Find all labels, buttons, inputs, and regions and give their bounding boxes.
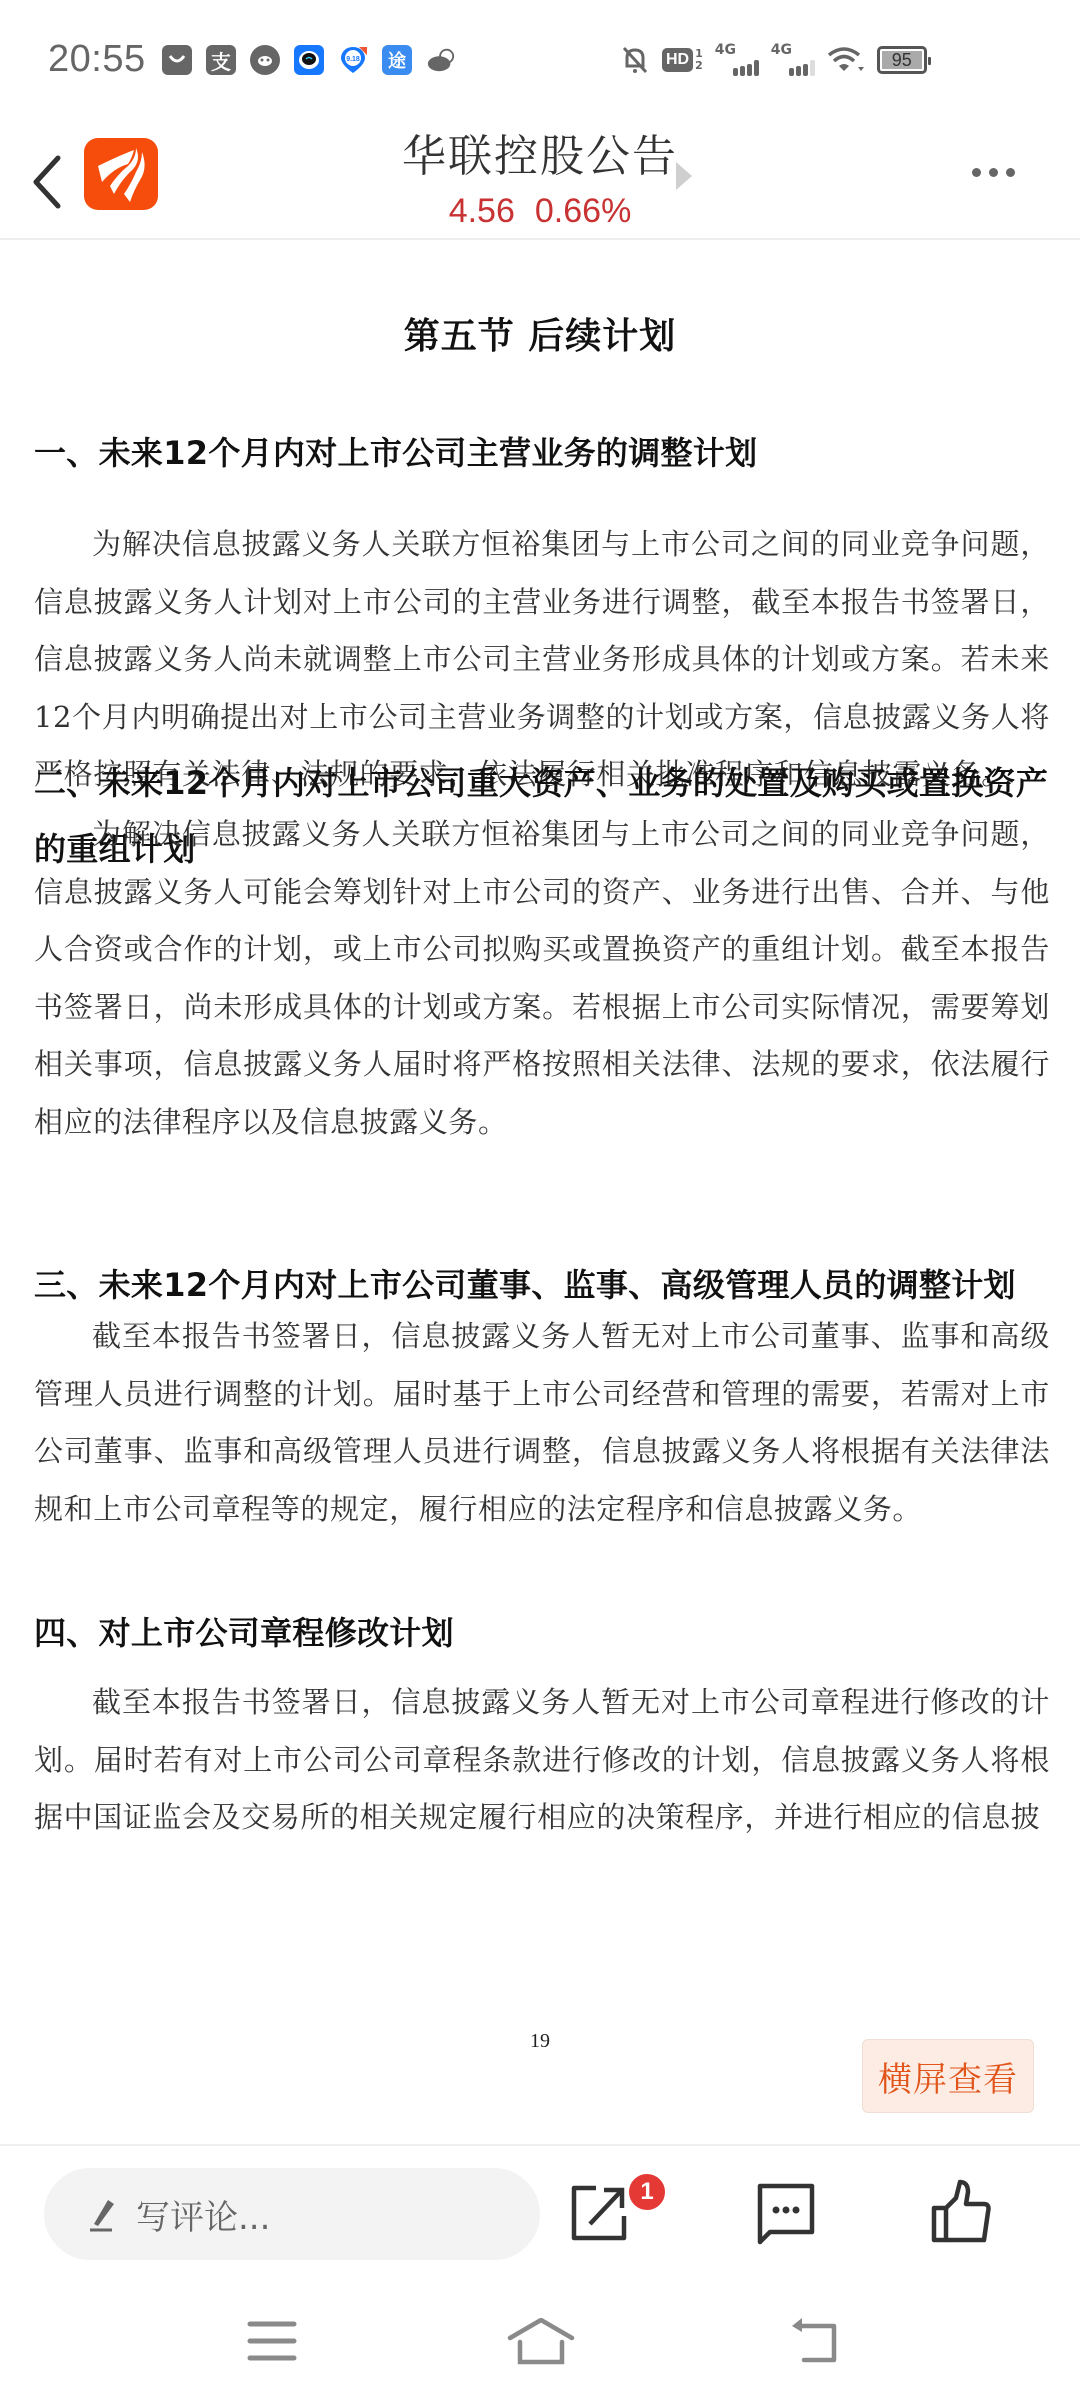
svg-text:9.18: 9.18	[346, 56, 360, 63]
section-title: 第五节 后续计划	[0, 308, 1080, 359]
title-block: 华联控股公告 4.560.66%	[300, 120, 780, 231]
nav-home-button[interactable]	[506, 2318, 576, 2366]
mute-bell-icon	[620, 44, 650, 76]
bottom-action-bar: 写评论... 1	[0, 2144, 1080, 2264]
section-body-2: 为解决信息披露义务人关联方恒裕集团与上市公司之间的同业竞争问题，信息披露义务人可…	[34, 806, 1050, 1151]
alipay-icon: 支	[206, 45, 236, 75]
comment-placeholder: 写评论...	[136, 2190, 270, 2239]
section-heading-1: 一、未来12个月内对上市公司主营业务的调整计划	[34, 420, 1054, 486]
announcement-document[interactable]: 第五节 后续计划 一、未来12个月内对上市公司主营业务的调整计划 为解决信息披露…	[0, 242, 1080, 2132]
nav-menu-button[interactable]	[244, 2318, 304, 2366]
back-button[interactable]	[22, 144, 72, 214]
share-icon	[566, 2176, 636, 2246]
app-logo[interactable]	[84, 138, 158, 210]
chevron-left-icon	[22, 144, 72, 214]
system-icons: HD 12 4G 4G 95	[620, 44, 927, 76]
back-arrow-icon	[788, 2318, 848, 2366]
thumbs-up-icon	[926, 2176, 996, 2246]
section-body-3: 截至本报告书签署日，信息披露义务人暂无对上市公司董事、监事和高级管理人员进行调整…	[34, 1308, 1050, 1538]
system-nav-bar	[0, 2270, 1080, 2408]
signal-4g-icon: 4G	[715, 44, 759, 76]
battery-icon: 95	[877, 46, 927, 74]
status-time: 20:55	[48, 38, 146, 81]
stock-change: 0.66%	[535, 192, 631, 230]
stock-price: 4.56	[449, 192, 515, 230]
pencil-icon	[86, 2194, 120, 2234]
dot-icon	[989, 168, 998, 177]
status-bar: 20:55 支 9.18 途 HD 12 4G 4G	[0, 0, 1080, 120]
like-button[interactable]	[926, 2176, 996, 2246]
section-heading-4: 四、对上市公司章程修改计划	[34, 1600, 1054, 1666]
weather-cloud-icon	[426, 45, 456, 75]
robot-app-icon	[294, 45, 324, 75]
landscape-view-button[interactable]: 横屏查看	[862, 2039, 1034, 2113]
wifi-icon	[827, 45, 865, 75]
shopping-bag-icon	[162, 45, 192, 75]
stock-quote[interactable]: 4.560.66%	[300, 192, 780, 231]
hd-volte-icon: HD 12	[662, 48, 703, 72]
dot-icon	[972, 168, 981, 177]
flower-mascot-icon	[250, 45, 280, 75]
notification-icons: 支 9.18 途	[162, 45, 456, 75]
more-options-button[interactable]	[972, 168, 1015, 177]
eastmoney-logo-icon	[84, 138, 158, 210]
page-title: 华联控股公告	[300, 120, 780, 184]
signal-4g-icon: 4G	[771, 44, 815, 76]
section-body-4: 截至本报告书签署日，信息披露义务人暂无对上市公司章程进行修改的计划。届时若有对上…	[34, 1674, 1050, 1847]
quote-arrow-icon[interactable]	[676, 162, 692, 190]
nav-back-button[interactable]	[788, 2318, 848, 2366]
comment-icon	[752, 2176, 822, 2246]
app-header: 华联控股公告 4.560.66%	[0, 120, 1080, 240]
map-pin-app-icon: 9.18	[338, 45, 368, 75]
share-badge: 1	[627, 2172, 667, 2212]
comment-input[interactable]: 写评论...	[44, 2168, 540, 2260]
comments-button[interactable]	[752, 2176, 822, 2246]
share-button[interactable]	[566, 2176, 636, 2246]
menu-icon	[244, 2318, 304, 2366]
home-icon	[506, 2318, 576, 2366]
dot-icon	[1006, 168, 1015, 177]
tu-app-icon: 途	[382, 45, 412, 75]
